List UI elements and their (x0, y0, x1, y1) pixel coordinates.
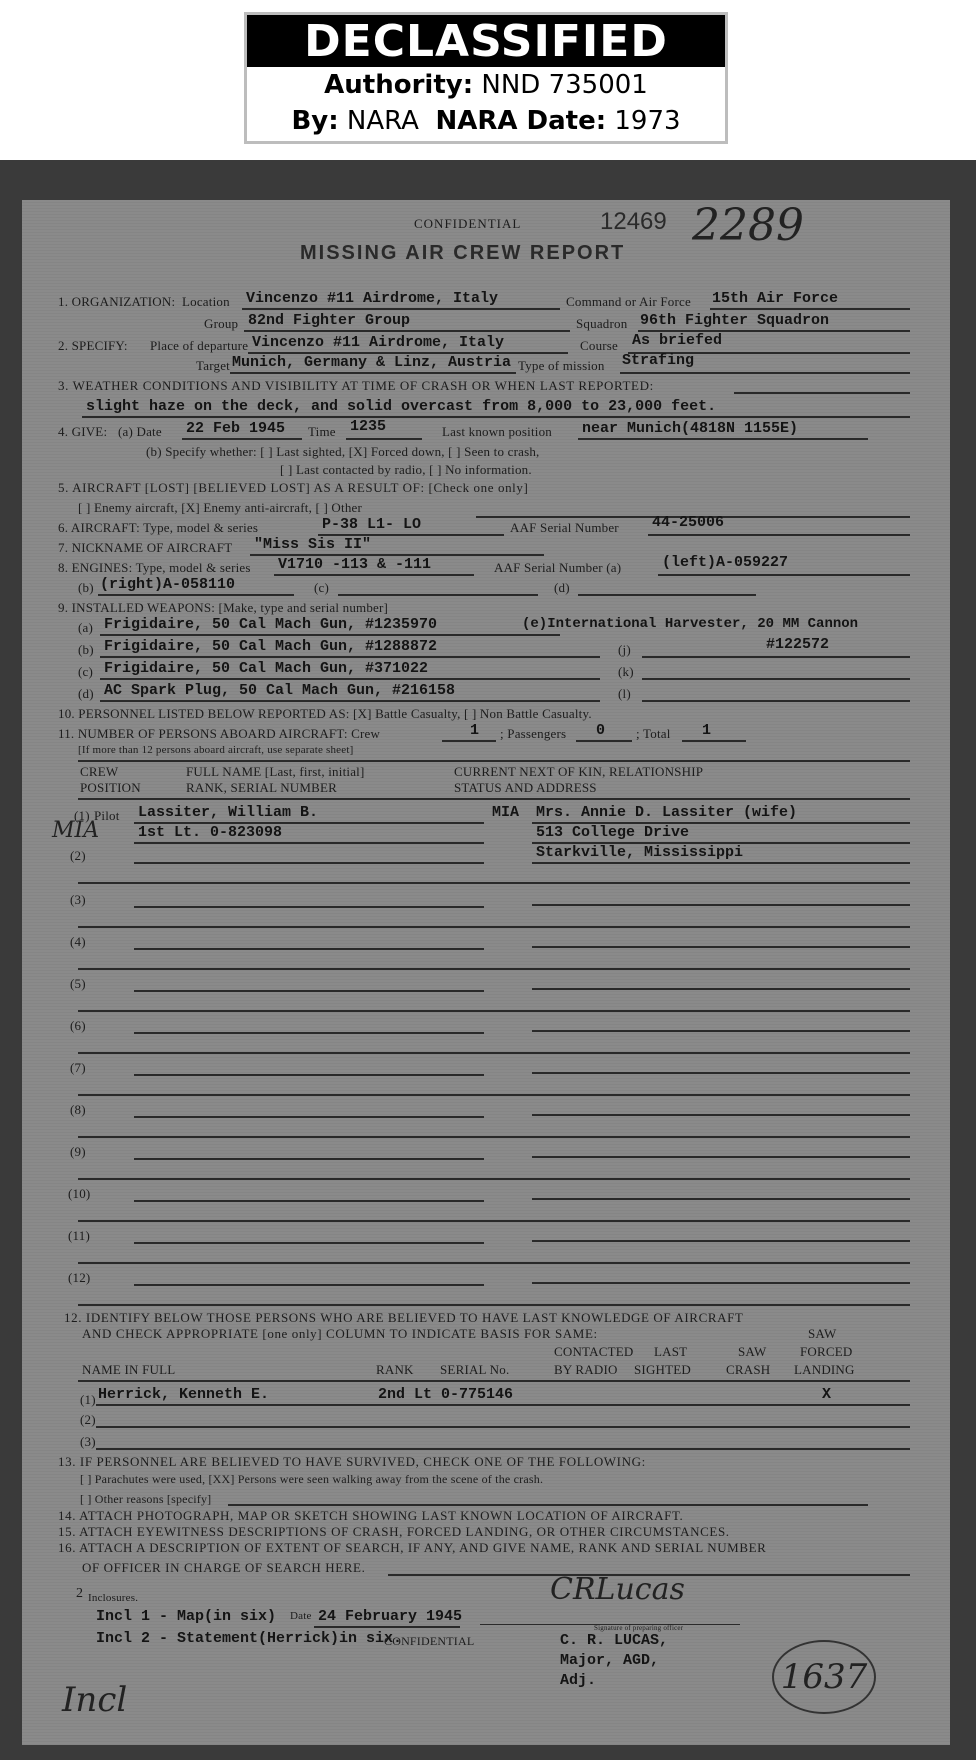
weapon-a: Frigidaire, 50 Cal Mach Gun, #1235970 (104, 616, 437, 633)
classification-bottom: CONFIDENTIAL (384, 1634, 474, 1649)
witness-rank-serial: 2nd Lt 0-775146 (378, 1386, 513, 1403)
location-label: Location (182, 294, 230, 310)
section13-option1: [ ] Parachutes were used, [XX] Persons w… (80, 1472, 543, 1487)
date-value: 22 Feb 1945 (186, 420, 285, 437)
engine-serial-label: AAF Serial Number (a) (494, 560, 621, 576)
crew-row-name: Lassiter, William B. (138, 804, 318, 821)
crew-row-num: (9) (70, 1144, 86, 1160)
crew-col-address: STATUS AND ADDRESS (454, 780, 597, 796)
section16-line2: OF OFFICER IN CHARGE OF SEARCH HERE. (82, 1560, 365, 1576)
col-crash: SAW (738, 1344, 766, 1360)
section11-note: [If more than 12 persons aboard aircraft… (78, 744, 353, 756)
report-title: MISSING AIR CREW REPORT (300, 242, 625, 265)
engine-b-label: (b) (78, 580, 94, 596)
section11-label: 11. NUMBER OF PERSONS ABOARD AIRCRAFT: C… (58, 726, 380, 742)
time-value: 1235 (350, 418, 386, 435)
witness-name: Herrick, Kenneth E. (98, 1386, 269, 1403)
inclosures-count: 2 (76, 1586, 83, 1602)
squadron-label: Squadron (576, 316, 627, 332)
section13-label: 13. IF PERSONNEL ARE BELIEVED TO HAVE SU… (58, 1454, 646, 1470)
handwritten-corner-note: Incl (62, 1680, 127, 1720)
time-label: Time (308, 424, 336, 440)
weapon-j: #122572 (766, 636, 829, 653)
col-forced: FORCED (800, 1344, 853, 1360)
aircraft-type: P-38 L1- LO (322, 516, 421, 533)
weapon-key: (j) (618, 642, 631, 658)
crew-row-num: (4) (70, 934, 86, 950)
witness-row-num: (1) (80, 1392, 96, 1408)
section14-label: 14. ATTACH PHOTOGRAPH, MAP OR SKETCH SHO… (58, 1508, 683, 1524)
departure-value: Vincenzo #11 Airdrome, Italy (252, 334, 504, 351)
position-value: near Munich(4818N 1155E) (582, 420, 798, 437)
col-sighted: LAST (654, 1344, 687, 1360)
footer-date-label: Date (290, 1610, 312, 1622)
weapon-key: (l) (618, 686, 631, 702)
crew-row-rank-serial: 1st Lt. 0-823098 (138, 824, 282, 841)
crew-col-name: FULL NAME [Last, first, initial] (186, 764, 365, 780)
crew-col-position: POSITION (80, 780, 141, 796)
officer-signature: CRLucas (550, 1572, 685, 1607)
col-radio: BY RADIO (554, 1362, 618, 1378)
section1-label: 1. ORGANIZATION: (58, 294, 175, 310)
specify-line2: [ ] Last contacted by radio, [ ] No info… (280, 462, 532, 478)
officer-title: Adj. (560, 1672, 596, 1689)
section13-option2: [ ] Other reasons [specify] (80, 1492, 211, 1507)
crew-row-num: (3) (70, 892, 86, 908)
weapon-b: Frigidaire, 50 Cal Mach Gun, #1288872 (104, 638, 437, 655)
crew-row-num: (5) (70, 976, 86, 992)
signature-caption: Signature of preparing officer (594, 1624, 683, 1632)
mission-label: Type of mission (518, 358, 605, 374)
handwritten-mia-mark: MIA (52, 818, 99, 843)
section2-label: 2. SPECIFY: (58, 338, 128, 354)
witness-row-num: (3) (80, 1434, 96, 1450)
witness-row-num: (2) (80, 1412, 96, 1428)
inclosure-2: Incl 2 - Statement(Herrick)in six. (96, 1630, 402, 1647)
col-rank: RANK (376, 1362, 414, 1378)
crew-row-num: (7) (70, 1060, 86, 1076)
location-value: Vincenzo #11 Airdrome, Italy (246, 290, 498, 307)
specify-line1: (b) Specify whether: [ ] Last sighted, [… (146, 444, 540, 460)
stamp-authority: Authority: NND 735001 (247, 67, 725, 103)
section15-label: 15. ATTACH EYEWITNESS DESCRIPTIONS OF CR… (58, 1524, 730, 1540)
squadron-value: 96th Fighter Squadron (640, 312, 829, 329)
col-crash: CRASH (726, 1362, 770, 1378)
section4-label: 4. GIVE: (58, 424, 107, 440)
total-label: ; Total (636, 726, 671, 742)
engine-c-label: (c) (314, 580, 329, 596)
officer-name: C. R. LUCAS, (560, 1632, 668, 1649)
section10-label: 10. PERSONNEL LISTED BELOW REPORTED AS: … (58, 706, 592, 722)
officer-rank: Major, AGD, (560, 1652, 659, 1669)
passenger-count: 0 (596, 722, 605, 739)
crew-row-num: (6) (70, 1018, 86, 1034)
command-value: 15th Air Force (712, 290, 838, 307)
col-serial: SERIAL No. (440, 1362, 509, 1378)
col-forced: SAW (808, 1326, 836, 1342)
section5-options: [ ] Enemy aircraft, [X] Enemy anti-aircr… (78, 500, 362, 516)
group-value: 82nd Fighter Group (248, 312, 410, 329)
section5-label: 5. AIRCRAFT [LOST] [BELIEVED LOST] AS A … (58, 480, 528, 496)
aircraft-serial-label: AAF Serial Number (510, 520, 619, 536)
declassified-stamp: DECLASSIFIED Authority: NND 735001 By: N… (244, 12, 728, 144)
target-value: Munich, Germany & Linz, Austria (232, 354, 511, 371)
group-label: Group (204, 316, 238, 332)
inclosures-label: Inclosures. (88, 1592, 138, 1604)
engine-serial-b: (right)A-058110 (100, 576, 235, 593)
scanned-document: CONFIDENTIAL 12469 2289 MISSING AIR CREW… (0, 160, 976, 1760)
section16-line1: 16. ATTACH A DESCRIPTION OF EXTENT OF SE… (58, 1540, 766, 1556)
footer-date: 24 February 1945 (318, 1608, 462, 1625)
crew-count: 1 (470, 722, 479, 739)
position-label: Last known position (442, 424, 552, 440)
weapon-key: (d) (78, 686, 94, 702)
course-value: As briefed (632, 332, 722, 349)
weapon-c: Frigidaire, 50 Cal Mach Gun, #371022 (104, 660, 428, 677)
mission-value: Strafing (622, 352, 694, 369)
crew-row-num: (10) (68, 1186, 90, 1202)
weapon-d: AC Spark Plug, 50 Cal Mach Gun, #216158 (104, 682, 455, 699)
stamp-by: By: NARA NARA Date: 1973 (247, 103, 725, 139)
engine-type: V1710 -113 & -111 (278, 556, 431, 573)
weapon-e: (e)International Harvester, 20 MM Cannon (522, 616, 858, 632)
section12-line2: AND CHECK APPROPRIATE [one only] COLUMN … (82, 1326, 598, 1342)
engine-serial-a: (left)A-059227 (662, 554, 788, 571)
crew-row-address: Starkville, Mississippi (536, 844, 743, 861)
col-forced: LANDING (794, 1362, 855, 1378)
section12-line1: 12. IDENTIFY BELOW THOSE PERSONS WHO ARE… (64, 1310, 743, 1326)
engine-d-label: (d) (554, 580, 570, 596)
report-form: CONFIDENTIAL 12469 2289 MISSING AIR CREW… (22, 200, 950, 1745)
weather-value: slight haze on the deck, and solid overc… (86, 398, 716, 415)
weapon-key: (c) (78, 664, 93, 680)
section6-label: 6. AIRCRAFT: Type, model & series (58, 520, 258, 536)
crew-row-num: (8) (70, 1102, 86, 1118)
date-label: (a) Date (118, 424, 162, 440)
crew-col-kin: CURRENT NEXT OF KIN, RELATIONSHIP (454, 764, 703, 780)
col-name: NAME IN FULL (82, 1362, 175, 1378)
classification-top: CONFIDENTIAL (414, 216, 521, 232)
crew-row-status: MIA (492, 804, 519, 821)
handwritten-number: 2289 (692, 200, 804, 251)
course-label: Course (580, 338, 618, 354)
handwritten-circled-number: 1637 (772, 1640, 876, 1714)
command-label: Command or Air Force (566, 294, 691, 310)
target-label: Target (196, 358, 230, 374)
departure-label: Place of departure (150, 338, 248, 354)
section9-label: 9. INSTALLED WEAPONS: [Make, type and se… (58, 600, 388, 616)
crew-row-address: 513 College Drive (536, 824, 689, 841)
col-sighted: SIGHTED (634, 1362, 691, 1378)
weapon-key: (b) (78, 642, 94, 658)
document-number: 12469 (600, 208, 667, 236)
aircraft-nickname: "Miss Sis II" (254, 536, 371, 553)
inclosure-1: Incl 1 - Map(in six) (96, 1608, 276, 1625)
crew-col-position: CREW (80, 764, 118, 780)
weapon-key: (k) (618, 664, 634, 680)
total-count: 1 (702, 722, 711, 739)
passengers-label: ; Passengers (500, 726, 566, 742)
crew-row-num: (2) (70, 848, 86, 864)
crew-row-num: (12) (68, 1270, 90, 1286)
crew-col-rank: RANK, SERIAL NUMBER (186, 780, 337, 796)
col-radio: CONTACTED (554, 1344, 633, 1360)
weapon-key: (a) (78, 620, 93, 636)
section8-label: 8. ENGINES: Type, model & series (58, 560, 251, 576)
section3-label: 3. WEATHER CONDITIONS AND VISIBILITY AT … (58, 378, 654, 394)
aircraft-serial: 44-25006 (652, 514, 724, 531)
crew-row-kin: Mrs. Annie D. Lassiter (wife) (536, 804, 797, 821)
witness-forced-landing-mark: X (822, 1386, 831, 1403)
section7-label: 7. NICKNAME OF AIRCRAFT (58, 540, 232, 556)
crew-row-num: (11) (68, 1228, 90, 1244)
stamp-title: DECLASSIFIED (247, 15, 725, 67)
